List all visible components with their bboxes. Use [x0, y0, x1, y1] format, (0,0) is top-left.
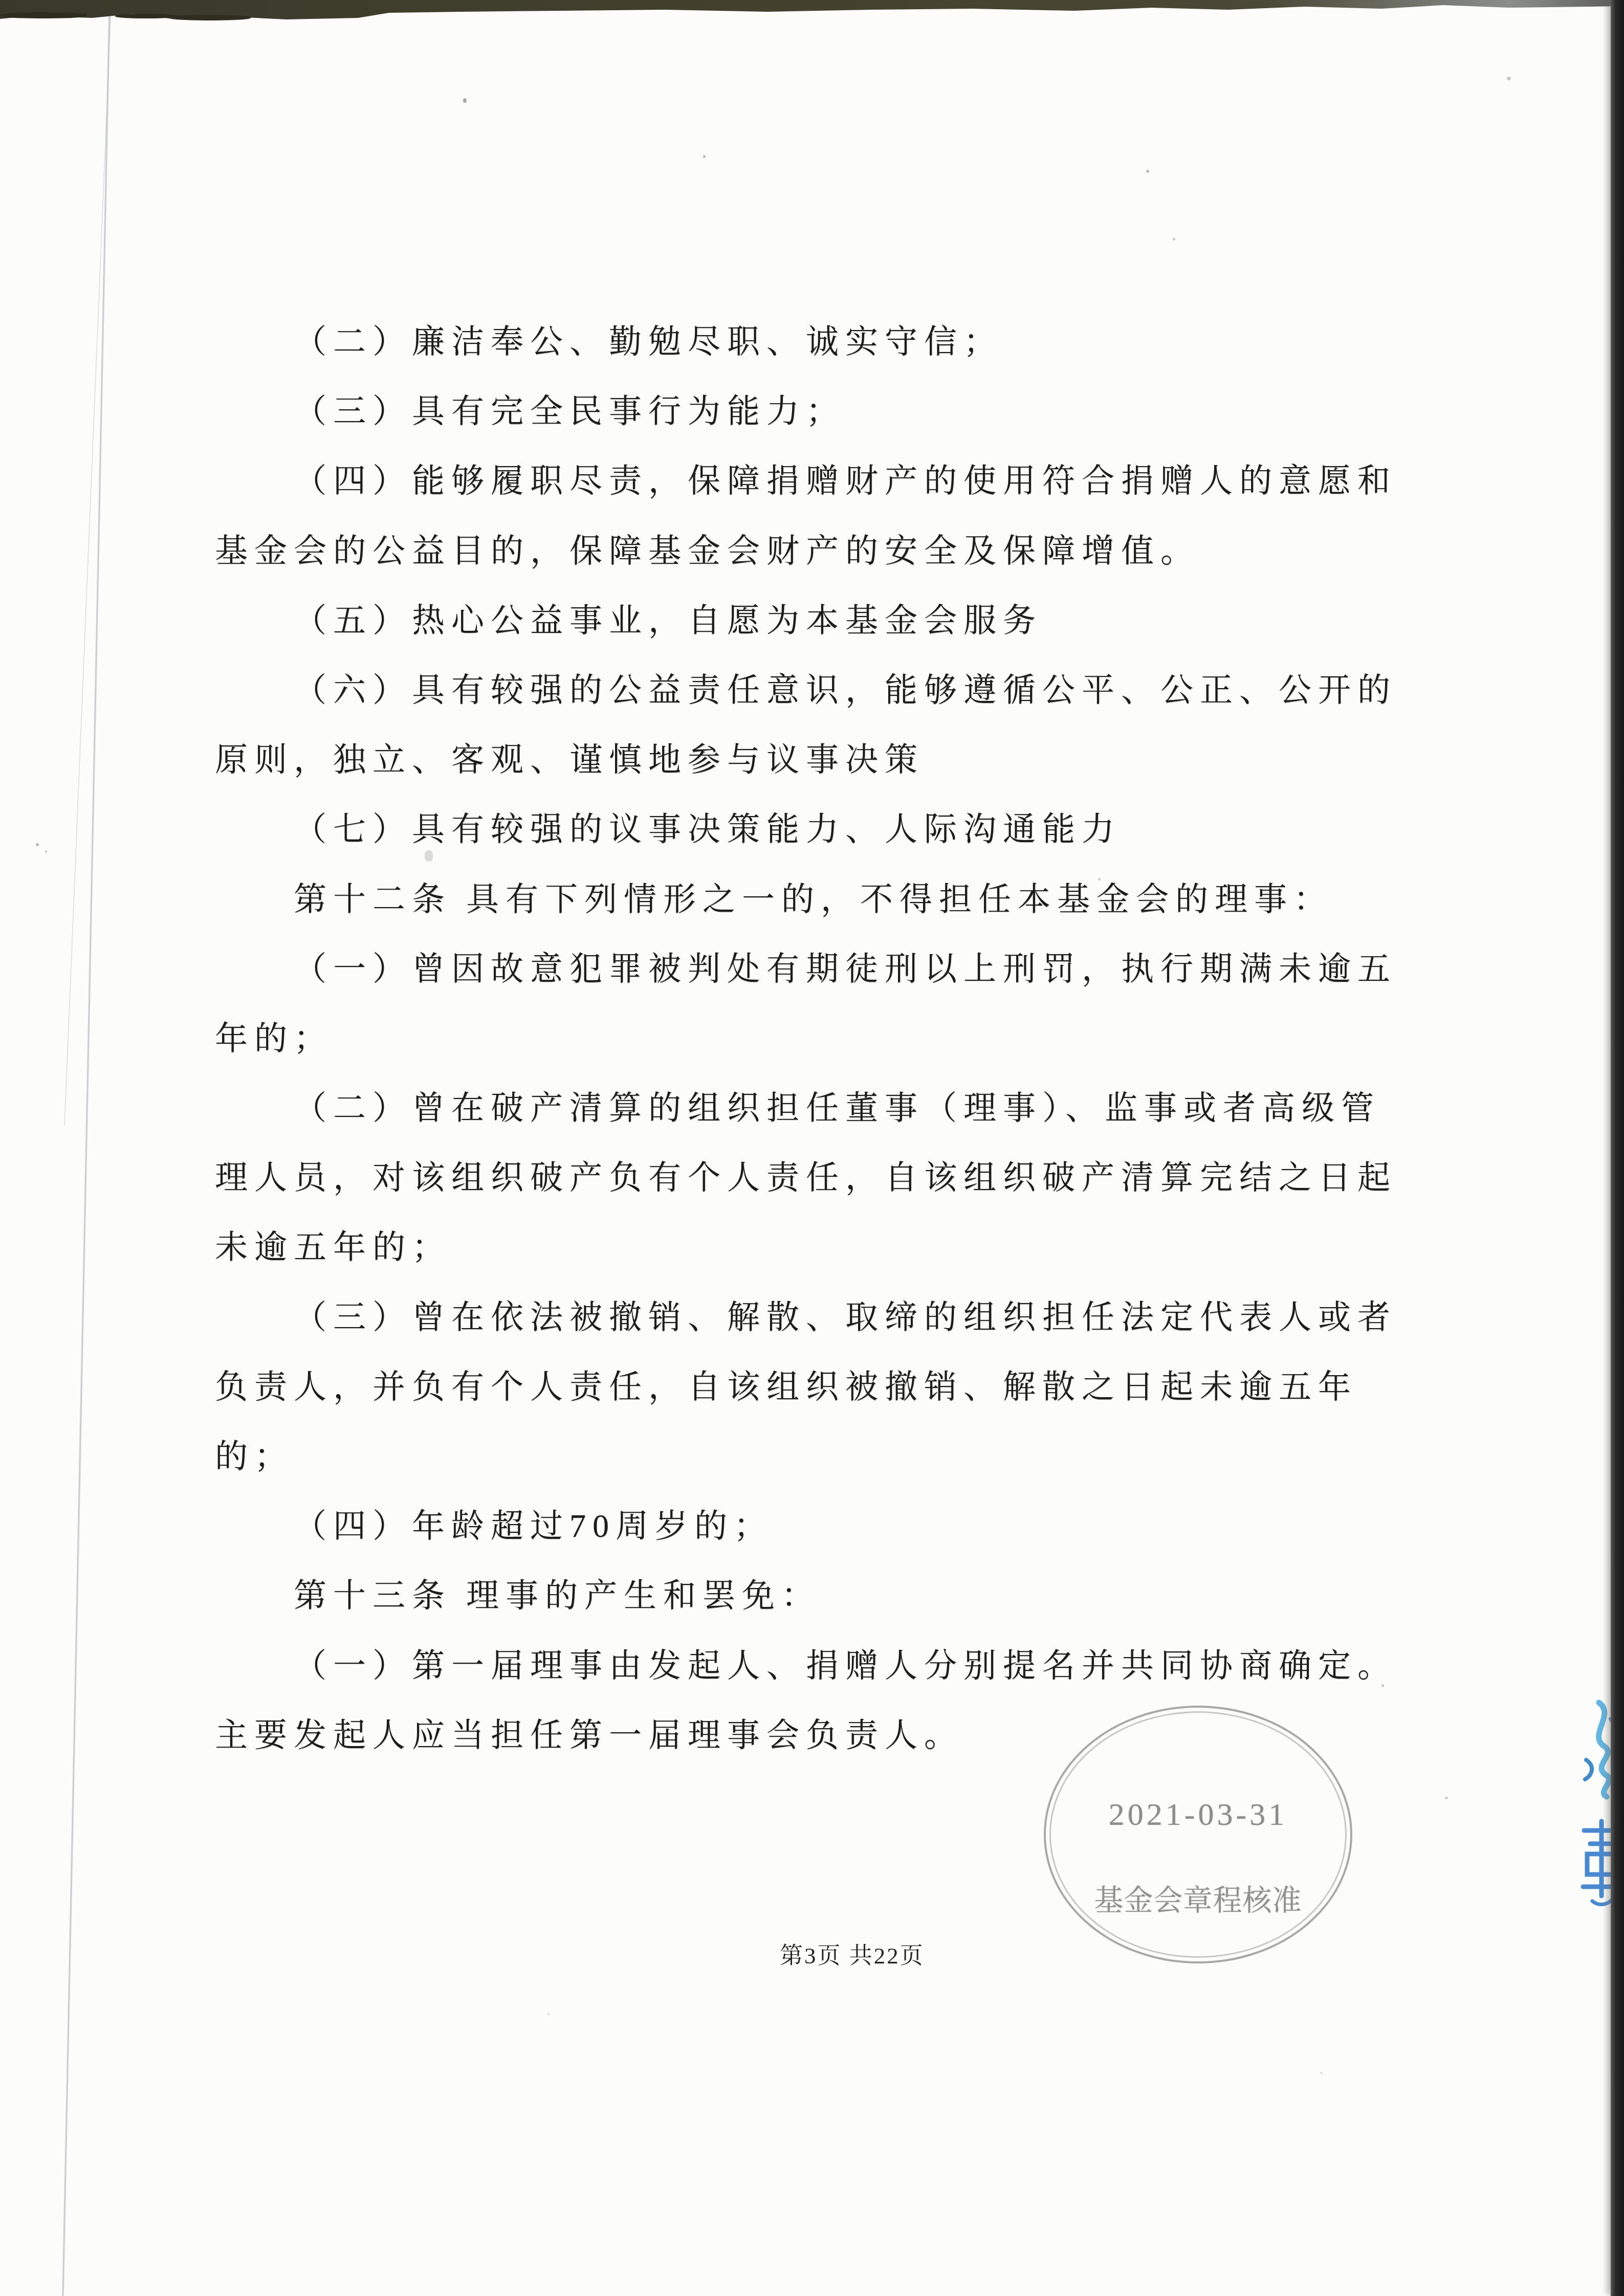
stamp-date: 2021-03-31 [1046, 1794, 1350, 1836]
page-fold-line-faint [64, 7, 111, 1125]
text-line-1: （二）廉洁奉公、勤勉尽职、诚实守信； [215, 307, 1453, 377]
dust-speck [1173, 238, 1175, 240]
dust-speck [36, 843, 39, 846]
scan-edge-blot [169, 15, 251, 20]
text-line-18: （四）年龄超过70周岁的； [215, 1491, 1453, 1561]
page-number-footer: 第3页 共22页 [780, 1937, 925, 1970]
dust-speck [1445, 1797, 1448, 1799]
dust-speck [45, 850, 47, 853]
text-line-2: （三）具有完全民事行为能力； [215, 377, 1453, 446]
text-line-3: （四）能够履职尽责，保障捐赠财产的使用符合捐赠人的意愿和 [215, 446, 1453, 516]
dust-speck [1261, 487, 1266, 491]
text-line-13: 理人员，对该组织破产负有个人责任，自该组织破产清算完结之日起 [215, 1143, 1453, 1212]
dust-speck [1507, 77, 1511, 80]
dust-speck [1098, 878, 1101, 880]
dust-speck [547, 2013, 550, 2015]
scan-right-edge [1611, 0, 1624, 2296]
stamp-caption: 基金会章程核准 [1046, 1879, 1350, 1924]
text-line-14: 未逾五年的； [215, 1212, 1453, 1282]
scanned-document-page: （二）廉洁奉公、勤勉尽职、诚实守信；（三）具有完全民事行为能力；（四）能够履职尽… [0, 0, 1624, 2296]
dust-smudge [425, 850, 433, 862]
document-text: （二）廉洁奉公、勤勉尽职、诚实守信；（三）具有完全民事行为能力；（四）能够履职尽… [215, 307, 1453, 1770]
text-line-7: 原则，独立、客观、谨慎地参与议事决策 [215, 725, 1453, 794]
text-line-15: （三）曾在依法被撤销、解散、取缔的组织担任法定代表人或者 [215, 1283, 1453, 1352]
dust-speck [703, 155, 706, 158]
text-line-4: 基金会的公益目的，保障基金会财产的安全及保障增值。 [215, 516, 1453, 586]
dust-speck [1381, 1684, 1384, 1687]
text-line-6: （六）具有较强的公益责任意识，能够遵循公平、公正、公开的 [215, 655, 1453, 725]
text-line-11: 年的； [215, 1004, 1453, 1073]
text-line-12: （二）曾在破产清算的组织担任董事（理事）、监事或者高级管 [215, 1073, 1453, 1143]
scan-edge-blot [115, 14, 177, 18]
dust-speck [463, 98, 467, 103]
text-line-5: （五）热心公益事业，自愿为本基金会服务 [215, 586, 1453, 655]
text-line-8: （七）具有较强的议事决策能力、人际沟通能力 [215, 794, 1453, 864]
dust-speck [1320, 2072, 1323, 2074]
text-line-10: （一）曾因故意犯罪被判处有期徒刑以上刑罚，执行期满未逾五 [215, 934, 1453, 1004]
dust-speck [1146, 170, 1149, 173]
text-line-9: 第十二条 具有下列情形之一的，不得担任本基金会的理事： [215, 865, 1453, 934]
approval-stamp: 2021-03-31 基金会章程核准 [1044, 1706, 1352, 1963]
text-line-16: 负责人，并负有个人责任，自该组织被撤销、解散之日起未逾五年 [215, 1352, 1453, 1422]
text-line-17: 的； [215, 1422, 1453, 1491]
page-fold-line [63, 7, 109, 2296]
text-line-19: 第十三条 理事的产生和罢免： [215, 1561, 1453, 1630]
scan-edge-blot [0, 12, 87, 18]
text-line-20: （一）第一届理事由发起人、捐赠人分别提名并共同协商确定。 [215, 1631, 1453, 1701]
